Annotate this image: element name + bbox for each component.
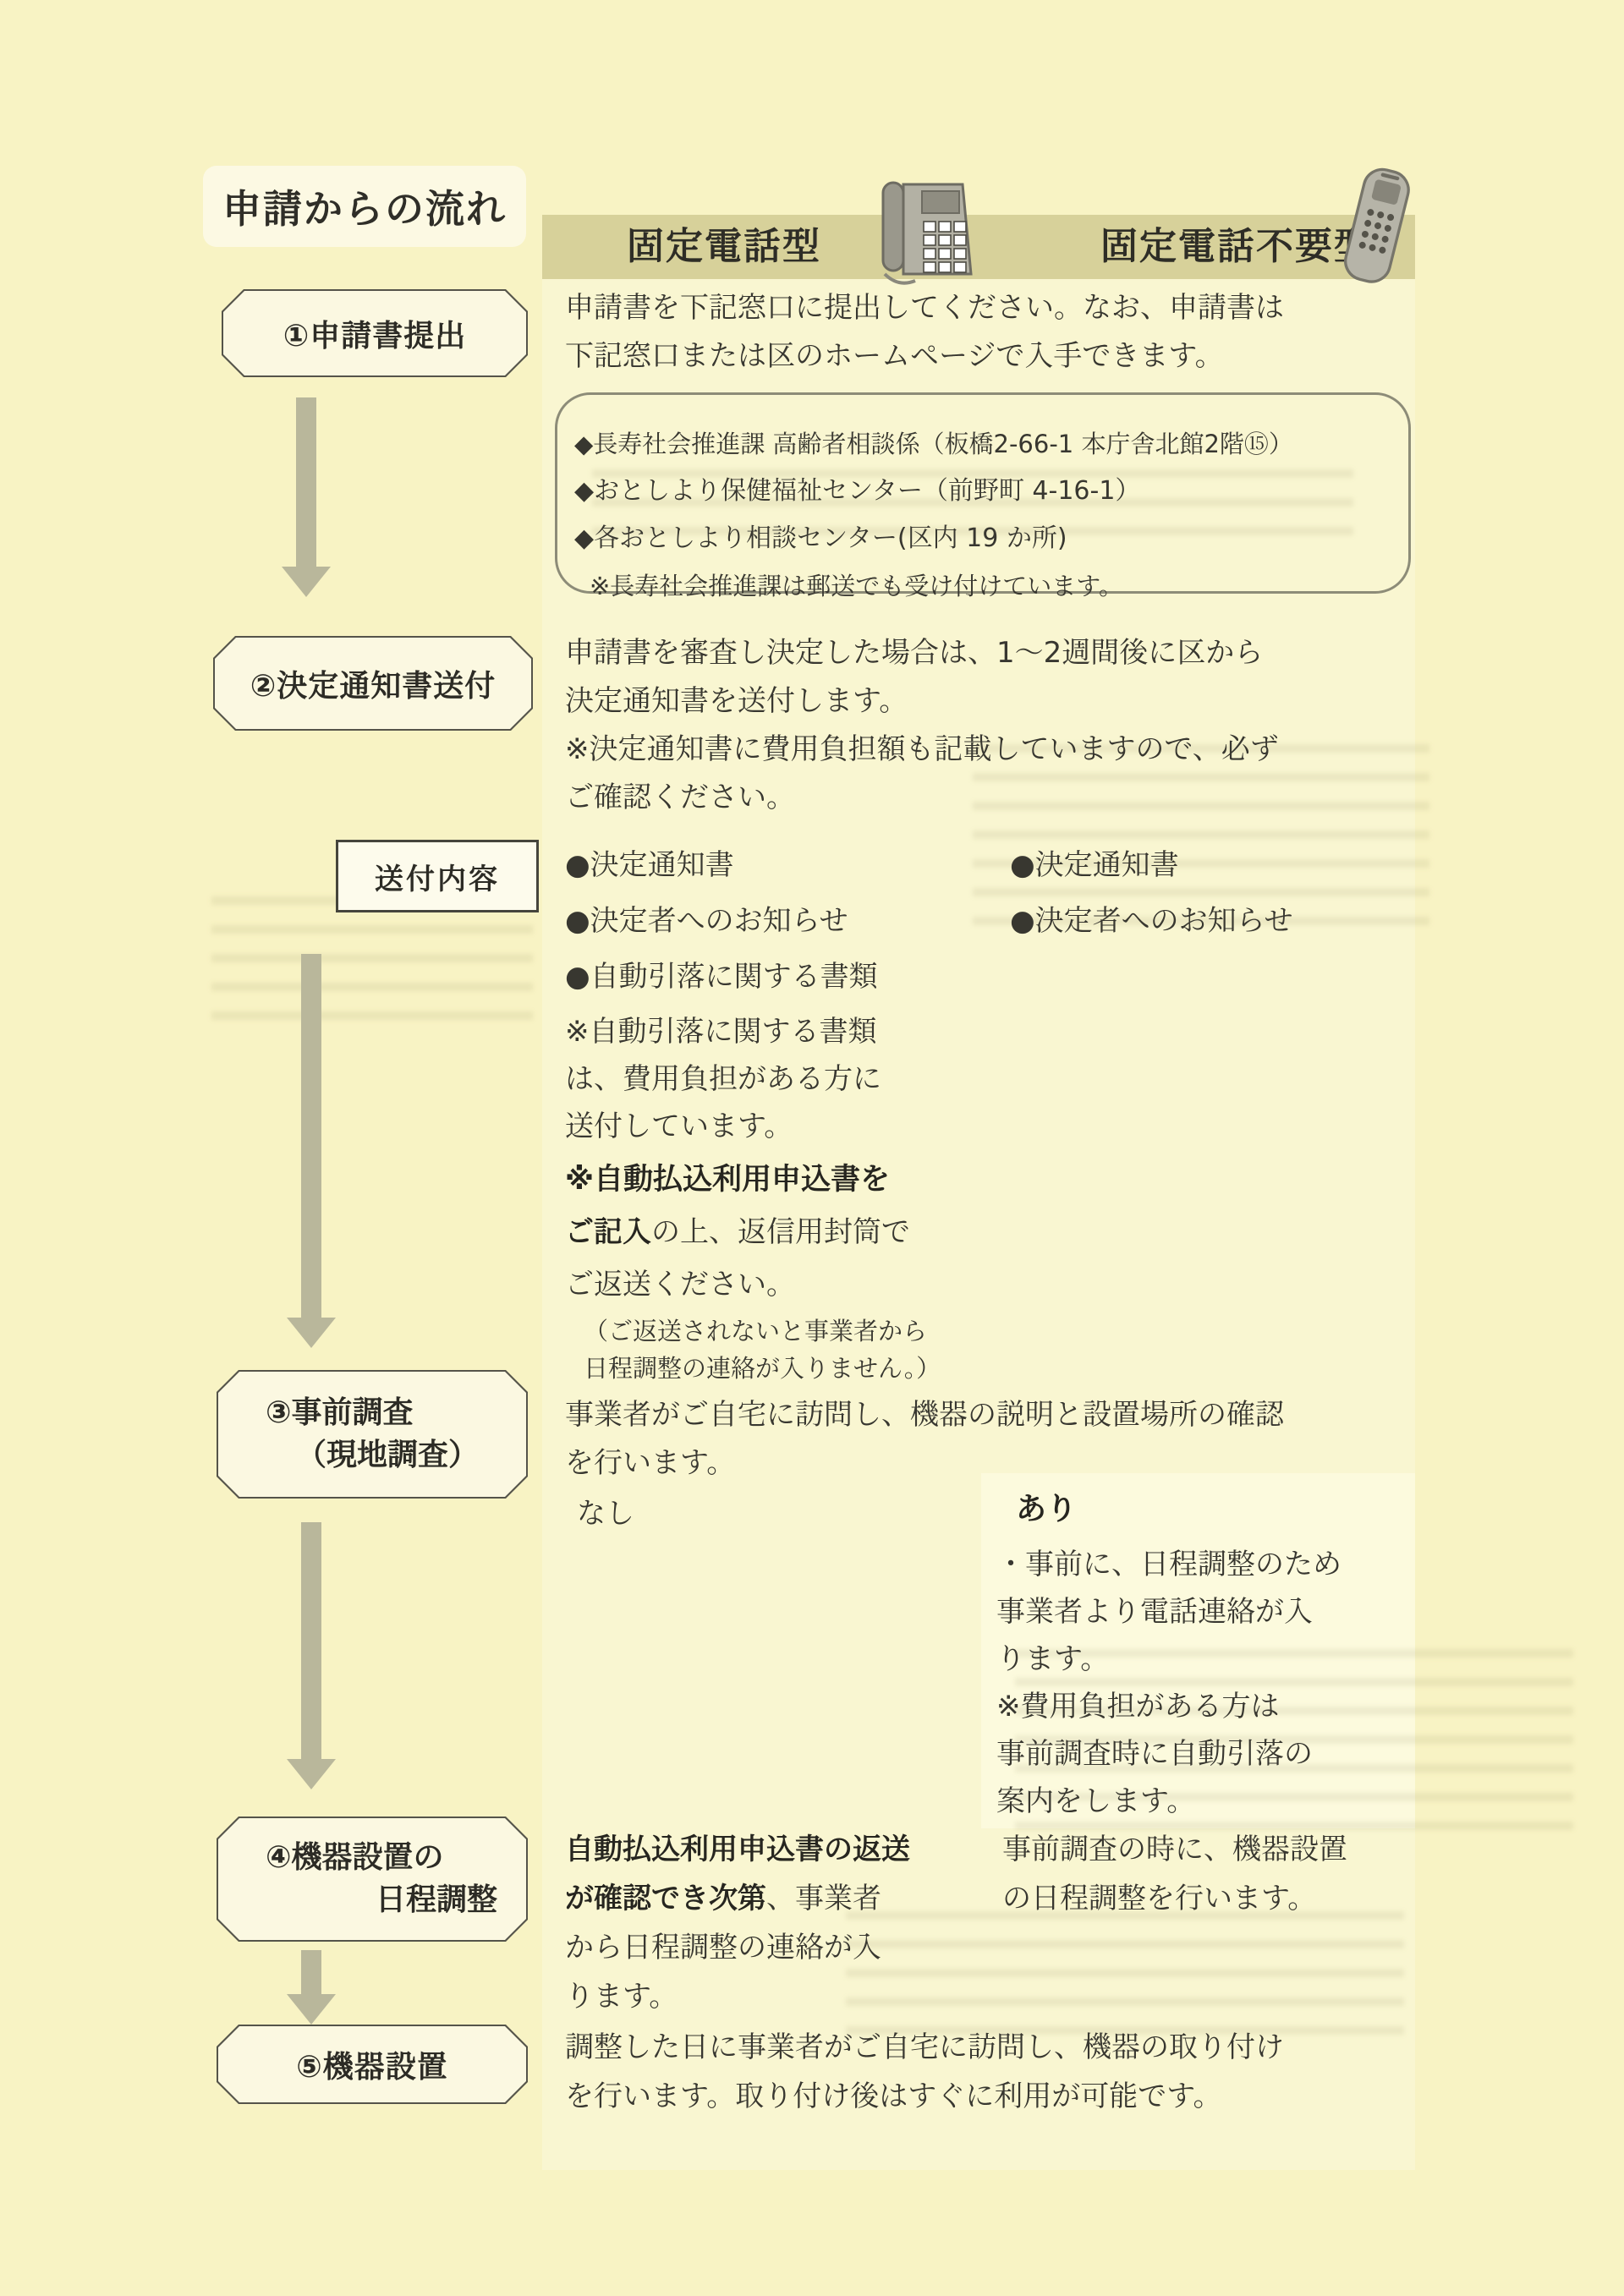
scanned-flyer-page: 申請からの流れ 固定電話型 固定電話不要型 ①申請書提出 [0,0,1624,2296]
return-warning-note: （ご返送されないと事業者から 日程調整の連絡が入りません。） [584,1312,941,1387]
text-line: 申請書を審査し決定した場合は、1～2週間後に区から [565,629,1279,677]
text-line: ご確認ください。 [565,774,1279,822]
sent-contents-label: 送付内容 [375,856,500,897]
text-line: から日程調整の連絡が入 [565,1923,910,1972]
text-line: ります。 [996,1636,1341,1683]
page-title: 申請からの流れ [203,166,526,247]
step1-body: 申請書を下記窓口に提出してください。なお、申請書は 下記窓口または区のホームペー… [565,284,1284,381]
column-header-band: 固定電話型 固定電話不要型 [542,215,1415,279]
text-line: が確認でき次第、事業者 [565,1874,910,1923]
text-line: 下記窓口または区のホームページで入手できます。 [565,332,1284,381]
text-line: 事業者がご自宅に訪問し、機器の説明と設置場所の確認 [565,1391,1284,1439]
flow-arrow-head [287,1318,336,1348]
list-item: ●決定者へのお知らせ [565,893,878,949]
text-line: 事前調査の時に、機器設置 [1002,1825,1347,1874]
text-line: ります。 [565,1972,910,2021]
sent-contents-label-box: 送付内容 [336,840,539,912]
text-line: 案内をします。 [996,1778,1341,1825]
location-note: ※長寿社会推進課は郵送でも受け付けています。 [574,562,1408,610]
list-item: ●自動引落に関する書類 [565,949,878,1005]
list-item: ●決定通知書 [565,837,878,893]
text-line: 事前調査時に自動引落の [996,1730,1341,1778]
step5-label: ⑤機器設置 [217,2025,528,2104]
location-item: ◆長寿社会推進課 高齢者相談係（板橋2-66-1 本庁舎北館2階⑮） [574,420,1408,468]
step4-label: ④機器設置の 日程調整 [217,1817,528,1942]
text-line: ・事前に、日程調整のため [996,1541,1341,1588]
text-line: を行います。取り付け後はすぐに利用が可能です。 [565,2072,1284,2121]
step4-right-details: 事前調査の時に、機器設置 の日程調整を行います。 [1002,1825,1347,1923]
step2-label-text: ②決定通知書送付 [213,636,533,731]
step3-right-details: ・事前に、日程調整のため 事業者より電話連絡が入 ります。 ※費用負担がある方は… [996,1541,1341,1825]
flow-arrow-head [287,1994,336,2025]
text-line: ※自動引落に関する書類 [565,1008,881,1055]
text-line: （ご返送されないと事業者から [584,1312,941,1350]
step5-body: 調整した日に事業者がご自宅に訪問し、機器の取り付け を行います。取り付け後はすぐ… [565,2023,1284,2121]
sent-items-left-column: ●決定通知書 ●決定者へのお知らせ ●自動引落に関する書類 [565,837,878,1005]
text-line: 決定通知書を送付します。 [565,677,1279,726]
text-line: 送付しています。 [565,1103,881,1150]
text-line: 申請書を下記窓口に提出してください。なお、申請書は [565,284,1284,332]
step5-label-text: ⑤機器設置 [217,2025,528,2104]
text-line: は、費用負担がある方に [565,1055,881,1103]
list-item: ●決定者へのお知らせ [1010,893,1293,949]
step1-label: ①申請書提出 [222,289,528,377]
flow-arrow-head [287,1759,336,1789]
flow-arrow-head [282,567,331,597]
flow-arrow-down [301,954,321,1319]
text-line: ご返送ください。 [565,1258,910,1311]
flow-arrow-down [301,1950,321,1996]
text-line: ご記入の上、返信用封筒で [565,1206,910,1258]
text-line: ※自動払込利用申込書を [565,1153,910,1206]
step4-label-text: ④機器設置の 日程調整 [217,1817,528,1942]
column-header-fixed-phone: 固定電話型 [627,215,821,279]
text-line: ※決定通知書に費用負担額も記載していますので、必ず [565,726,1279,774]
text-line: 事業者より電話連絡が入 [996,1588,1341,1636]
desk-phone-icon [878,176,976,286]
location-item: ◆おとしより保健福祉センター（前野町 4-16-1） [574,468,1408,515]
step3-label-text: ③事前調査 （現地調査） [217,1370,528,1499]
step2-body: 申請書を審査し決定した場合は、1～2週間後に区から 決定通知書を送付します。 ※… [565,629,1279,822]
flow-arrow-down [301,1522,321,1761]
step3-left-availability: なし [577,1490,634,1538]
step3-right-availability: あり [1016,1485,1077,1533]
location-item: ◆各おとしより相談センター(区内 19 か所) [574,515,1408,562]
step3-body: 事業者がご自宅に訪問し、機器の説明と設置場所の確認 を行います。 [565,1391,1284,1488]
list-item: ●決定通知書 [1010,837,1293,893]
step1-label-text: ①申請書提出 [222,289,528,377]
text-line: の日程調整を行います。 [1002,1874,1347,1923]
step3-label: ③事前調査 （現地調査） [217,1370,528,1499]
sent-items-right-column: ●決定通知書 ●決定者へのお知らせ [1010,837,1293,949]
text-line: ※費用負担がある方は [996,1683,1341,1730]
application-locations-box: ◆長寿社会推進課 高齢者相談係（板橋2-66-1 本庁舎北館2階⑮） ◆おとしよ… [555,392,1411,594]
text-line: を行います。 [565,1439,1284,1488]
text-line: 調整した日に事業者がご自宅に訪問し、機器の取り付け [565,2023,1284,2072]
auto-debit-note: ※自動引落に関する書類 は、費用負担がある方に 送付しています。 [565,1008,881,1150]
step2-label: ②決定通知書送付 [213,636,533,731]
auto-payment-form-note: ※自動払込利用申込書を ご記入の上、返信用封筒で ご返送ください。 [565,1153,910,1311]
page-title-text: 申請からの流れ [222,178,507,234]
step4-left-details: 自動払込利用申込書の返送 が確認でき次第、事業者 から日程調整の連絡が入 ります… [565,1825,910,2021]
text-line: 日程調整の連絡が入りません。） [584,1350,941,1387]
bleed-through-artifact [211,896,533,1040]
flow-arrow-down [296,397,316,568]
text-line: 自動払込利用申込書の返送 [565,1825,910,1874]
